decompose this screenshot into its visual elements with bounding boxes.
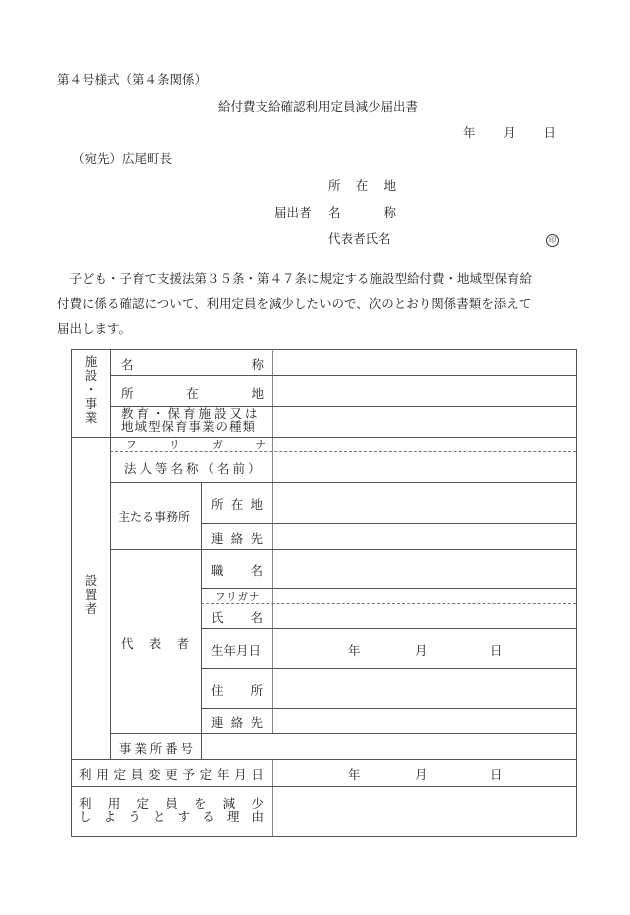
form-number: 第４号様式（第４条関係）	[57, 70, 207, 88]
rep-title-field[interactable]	[273, 550, 575, 587]
rep-contact-field[interactable]	[273, 709, 575, 732]
change-date-field[interactable]: 年 月 日	[273, 760, 575, 785]
founder-section-label: 設 置 者	[80, 574, 102, 616]
corp-furigana-field[interactable]	[273, 438, 575, 451]
applicant-address-label: 所 在 地	[328, 176, 396, 194]
facility-section-label: 施 設 ・ 事 業	[80, 355, 102, 425]
addressee: （宛先）広尾町長	[72, 149, 172, 167]
main-office-label: 主たる事務所	[118, 508, 190, 525]
facility-name-label: 名 称	[121, 355, 264, 373]
change-date-label: 利用 定員 変更 予定 年月 日	[79, 765, 264, 783]
month-label: 月	[503, 123, 516, 141]
rep-address-field[interactable]	[273, 669, 575, 707]
furigana-label: フ リ ガ ナ	[126, 437, 266, 452]
rep-title-label: 職 名	[211, 561, 263, 579]
rep-name-field[interactable]	[273, 604, 575, 627]
facility-address-field[interactable]	[273, 376, 575, 406]
main-office-address-field[interactable]	[273, 483, 575, 522]
rep-birthdate-label: 生年月日	[211, 641, 261, 659]
corp-name-field[interactable]	[273, 452, 575, 481]
rep-name-label: 氏 名	[211, 608, 263, 626]
rep-birthdate-field[interactable]: 年 月 日	[273, 629, 575, 667]
declaration-text: 子ども・子育て支援法第３５条・第４７条に規定する施設型給付費・地域型保育給 付費…	[57, 266, 577, 341]
submission-date: 年 月 日	[463, 123, 556, 141]
main-office-address-label: 所 在 地	[211, 495, 263, 513]
main-office-contact-label: 連 絡 先	[211, 529, 263, 547]
rep-contact-label: 連 絡 先	[211, 713, 263, 731]
facility-address-label: 所 在 地	[121, 384, 264, 402]
rep-furigana-label: フリガナ	[215, 589, 260, 604]
corp-name-label: 法人等名称（名前）	[124, 459, 264, 477]
reason-field[interactable]	[273, 787, 575, 835]
page-title: 給付費支給確認利用定員減少届出書	[218, 97, 418, 115]
applicant-label: 届出者	[274, 203, 312, 221]
representative-label: 代 表 者	[121, 634, 189, 652]
year-label: 年	[463, 123, 476, 141]
facility-type-field[interactable]	[273, 407, 575, 437]
day-label: 日	[543, 123, 556, 141]
representative-name-label: 代表者氏名	[328, 229, 391, 247]
rep-address-label: 住 所	[211, 681, 263, 699]
facility-type-label: 教育・保育施設又は 地域型保育事業の種類	[121, 407, 261, 433]
rep-furigana-field[interactable]	[273, 589, 575, 602]
office-number-label: 事 業 所 番 号	[119, 739, 193, 757]
main-office-contact-field[interactable]	[273, 524, 575, 548]
seal-icon: 印	[546, 230, 559, 247]
office-number-field[interactable]	[202, 734, 575, 758]
applicant-name-label: 名 称	[328, 203, 396, 221]
